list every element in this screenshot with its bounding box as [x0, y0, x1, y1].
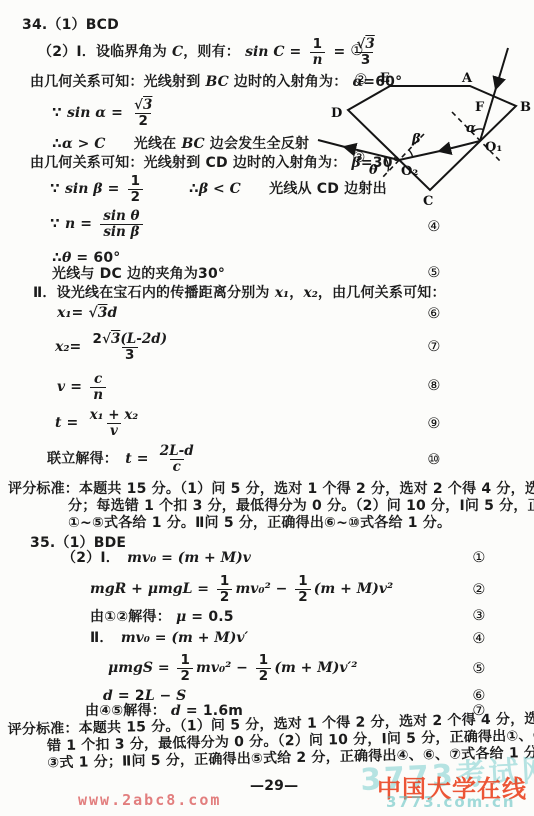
eq-number-34-10: ⑩ — [426, 452, 442, 468]
formula-m1: （2）Ⅰ． mv₀ = (m + M)v — [62, 547, 251, 567]
gem-diagram: E A B D C F O₁ O₂ α β θ — [300, 40, 534, 225]
q34-line-x2: x₂= 2√3(L-2d)3 — [55, 328, 173, 366]
formula-x2: x₂= 2√3(L-2d)3 — [55, 332, 173, 362]
label-B: B — [520, 100, 531, 115]
q34-grading-line1: 评分标准：本题共 15 分。（1）问 5 分，选对 1 个得 2 分，选对 2 … — [8, 481, 534, 498]
q34-line-part2: Ⅱ．设光线在宝石内的传播距离分别为 x₁，x₂，由几何关系可知： — [33, 284, 446, 300]
eq-number-34-8: ⑧ — [426, 378, 442, 394]
formula-alpha-gt-c: ∴α > C 光线在 BC 边会发生全反射 — [52, 133, 309, 153]
label-D: D — [331, 106, 342, 121]
formula-m3: 由①②解得： μ = 0.5 — [90, 606, 234, 626]
q34-line-alpha-gt-c: ∴α > C 光线在 BC 边会发生全反射 — [52, 135, 309, 151]
beta-arc — [409, 150, 413, 157]
formula-m4: Ⅱ． mv₀ = (m + M)v′ — [90, 627, 248, 647]
formula-n-eq: ∵ n = sin θsin β — [50, 209, 146, 239]
q34-line-t: t = x₁ + x₂v — [55, 404, 144, 442]
eq-number-34-5: ⑤ — [426, 265, 442, 281]
eq-number-35-7: ⑦ — [471, 703, 487, 719]
label-theta: θ — [369, 163, 378, 178]
exit-ray-arrow — [345, 147, 399, 160]
q34-grading-line2: 分；每选错 1 个扣 3 分，最低得分为 0 分。（2）问 10 分，Ⅰ问 5 … — [68, 498, 534, 515]
q35-line-5: μmgS = 12mv₀² − 12(m + M)v′² — [108, 650, 357, 686]
page-number: —29— — [250, 778, 298, 794]
formula-v: v = cn — [57, 372, 109, 402]
q34-heading-text: 34.（1）BCD — [22, 14, 119, 34]
q34-line-x1: x₁= √3d — [57, 302, 117, 324]
eq-number-34-9: ⑨ — [426, 416, 442, 432]
q34-heading: 34.（1）BCD — [22, 14, 119, 34]
label-E: E — [380, 71, 390, 86]
watermark-url-left: www.2abc8.com — [78, 791, 221, 809]
watermark-3773-url: 3773.com.cn — [386, 793, 516, 811]
formula-t: t = x₁ + x₂v — [55, 408, 144, 438]
eq-number-34-7: ⑦ — [426, 339, 442, 355]
eq-number-35-2: ② — [471, 582, 487, 598]
formula-part2: Ⅱ．设光线在宝石内的传播距离分别为 x₁，x₂，由几何关系可知： — [33, 282, 446, 302]
label-C: C — [423, 194, 434, 209]
eq-number-35-4: ④ — [471, 631, 487, 647]
q34-line-n-eq: ∵ n = sin θsin β — [50, 204, 146, 244]
label-A: A — [461, 71, 473, 86]
q34-grading-line3: ①~⑤式各给 1 分。Ⅱ问 5 分，正确得出⑥~⑩式各给 1 分。 — [68, 515, 534, 532]
q34-line-dc: 光线与 DC 边的夹角为30° — [52, 265, 225, 281]
q34-line-sin-alpha: ∵ sin α = √32 — [52, 96, 158, 130]
q34-line-v: v = cn — [57, 369, 109, 405]
label-F: F — [475, 100, 485, 115]
formula-x1: x₁= √3d — [57, 305, 117, 321]
q35-line-2: mgR + μmgL = 12mv₀² − 12(m + M)v² — [90, 570, 393, 608]
q35-line-3: 由①②解得： μ = 0.5 — [90, 608, 234, 624]
q35-line-7: 由④⑤解得： d = 1.6m — [85, 702, 243, 718]
label-O1: O₁ — [485, 140, 502, 155]
label-alpha: α — [466, 121, 476, 136]
formula-dc: 光线与 DC 边的夹角为30° — [52, 263, 225, 283]
exit-ray — [318, 140, 345, 147]
formula-m5: μmgS = 12mv₀² − 12(m + M)v′² — [108, 653, 357, 683]
formula-sin-alpha: ∵ sin α = √32 — [52, 98, 158, 128]
q34-line-t-solve: 联立解得： t = 2L-dc — [47, 441, 200, 477]
formula-m2: mgR + μmgL = 12mv₀² − 12(m + M)v² — [90, 574, 393, 604]
formula-t-solve: 联立解得： t = 2L-dc — [47, 444, 200, 474]
q34-grading: 评分标准：本题共 15 分。（1）问 5 分，选对 1 个得 2 分，选对 2 … — [0, 481, 534, 532]
eq-number-35-3: ③ — [471, 608, 487, 624]
eq-number-35-6: ⑥ — [471, 688, 487, 704]
scanned-answer-page: 34.（1）BCD （2）Ⅰ．设临界角为 C，则有： sin C = 1n = … — [0, 0, 534, 816]
incident-ray-arrow — [496, 48, 508, 88]
q35-line-1: （2）Ⅰ． mv₀ = (m + M)v — [62, 549, 251, 565]
theta-arc — [384, 156, 389, 171]
eq-number-35-1: ① — [471, 550, 487, 566]
eq-number-35-5: ⑤ — [471, 661, 487, 677]
q35-line-4: Ⅱ． mv₀ = (m + M)v′ — [90, 629, 248, 645]
label-beta: β — [411, 132, 421, 147]
eq-number-34-6: ⑥ — [426, 306, 442, 322]
internal-ray — [399, 151, 440, 160]
label-O2: O₂ — [401, 164, 418, 179]
